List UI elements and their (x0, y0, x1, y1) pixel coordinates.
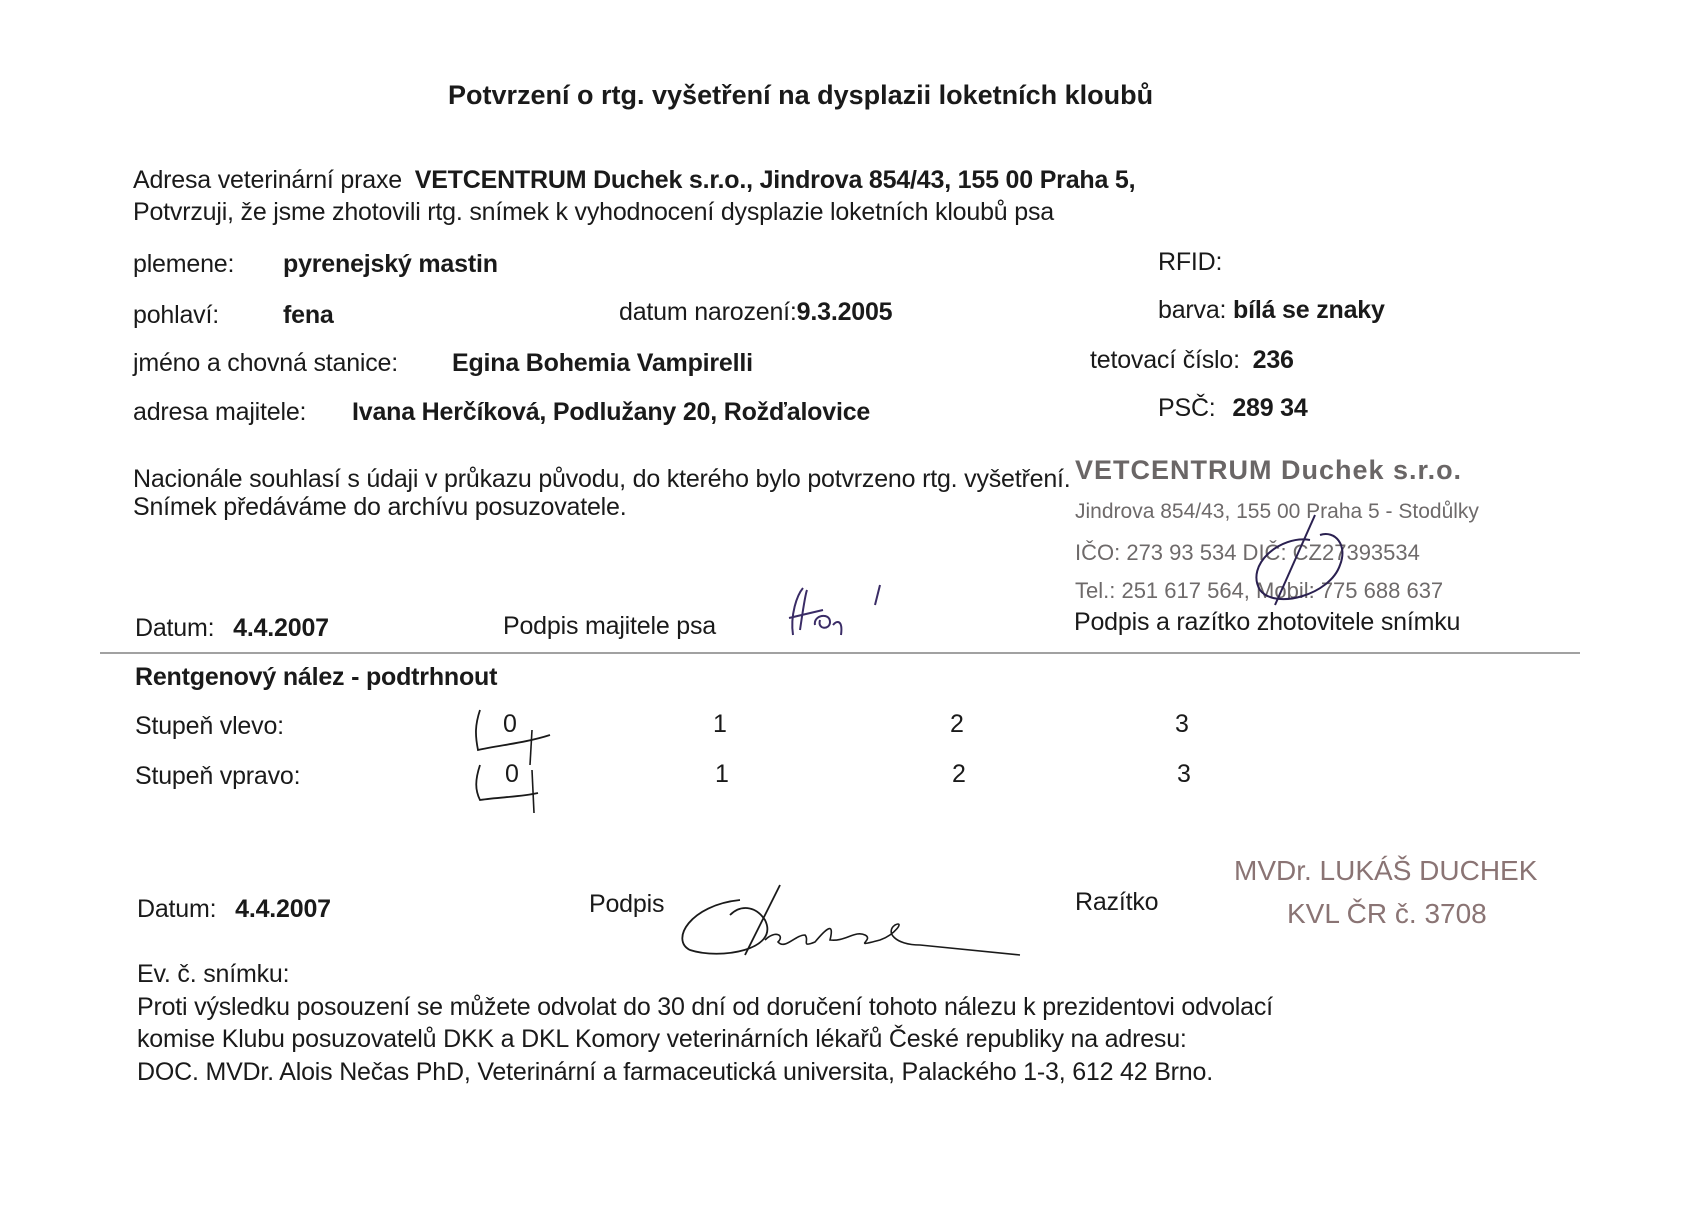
doctor-stamp-line-2: KVL ČR č. 3708 (1287, 898, 1487, 930)
practice-label: Adresa veterinární praxe (133, 166, 402, 194)
color-field: barva: bílá se znaky (1158, 296, 1385, 325)
color-label: barva: (1158, 296, 1226, 324)
findings-heading: Rentgenový nález - podtrhnout (135, 663, 497, 692)
right-grade-label: Stupeň vpravo: (135, 762, 300, 791)
statement-line-1: Nacionále souhlasí s údaji v průkazu pův… (133, 465, 1071, 494)
confirm-text: Potvrzuji, že jsme zhotovili rtg. snímek… (133, 198, 1054, 227)
dob-label: datum narození: (619, 298, 797, 326)
stamp-label: Razítko (1075, 888, 1158, 917)
owner-label: adresa majitele: (133, 398, 306, 427)
right-grade-1[interactable]: 1 (715, 760, 729, 789)
appeal-line-2: komise Klubu posuzovatelů DKK a DKL Komo… (137, 1025, 1187, 1054)
document-title: Potvrzení o rtg. vyšetření na dysplazii … (448, 80, 1153, 111)
left-grade-1[interactable]: 1 (713, 710, 727, 739)
practice-line: Adresa veterinární praxe VETCENTRUM Duch… (133, 166, 1135, 195)
date-1-label: Datum: (135, 614, 214, 642)
left-grade-2[interactable]: 2 (950, 710, 964, 739)
clinic-stamp-name: VETCENTRUM Duchek s.r.o. (1075, 455, 1462, 486)
date-1-value: 4.4.2007 (233, 614, 329, 642)
right-grade-3[interactable]: 3 (1177, 760, 1191, 789)
dob-value: 9.3.2005 (797, 298, 893, 326)
zip-value: 289 34 (1232, 394, 1307, 422)
section-divider (100, 652, 1580, 654)
vet-sign-label: Podpis (589, 890, 664, 919)
tattoo-label: tetovací číslo: (1090, 346, 1240, 374)
left-grade-label: Stupeň vlevo: (135, 712, 284, 741)
appeal-line-3: DOC. MVDr. Alois Nečas PhD, Veterinární … (137, 1058, 1213, 1087)
right-grade-2[interactable]: 2 (952, 760, 966, 789)
date-2-value: 4.4.2007 (235, 895, 331, 923)
owner-sign-label: Podpis majitele psa (503, 612, 716, 641)
tattoo-field: tetovací číslo: 236 (1090, 346, 1294, 375)
tattoo-value: 236 (1253, 346, 1294, 374)
zip-label: PSČ: (1158, 394, 1216, 422)
color-value: bílá se znaky (1233, 296, 1385, 324)
left-grade-3[interactable]: 3 (1175, 710, 1189, 739)
date-1-field: Datum: 4.4.2007 (135, 614, 329, 643)
name-label: jméno a chovná stanice: (133, 349, 398, 378)
name-value: Egina Bohemia Vampirelli (452, 349, 753, 378)
grade-mark-strokes (470, 705, 580, 815)
xray-number-label: Ev. č. snímku: (137, 960, 289, 989)
rfid-label: RFID: (1158, 248, 1222, 277)
maker-sign-label: Podpis a razítko zhotovitele snímku (1074, 608, 1460, 637)
maker-signature (1240, 510, 1360, 610)
breed-label: plemene: (133, 250, 234, 279)
owner-signature (775, 580, 895, 650)
breed-value: pyrenejský mastin (283, 250, 498, 279)
sex-label: pohlaví: (133, 301, 219, 330)
sex-value: fena (283, 301, 334, 330)
vet-signature (670, 880, 1030, 960)
owner-value: Ivana Herčíková, Podlužany 20, Rožďalovi… (352, 398, 870, 427)
date-2-field: Datum: 4.4.2007 (137, 895, 331, 924)
practice-value: VETCENTRUM Duchek s.r.o., Jindrova 854/4… (415, 166, 1136, 194)
dob-field: datum narození:9.3.2005 (619, 298, 892, 327)
appeal-line-1: Proti výsledku posouzení se můžete odvol… (137, 993, 1273, 1022)
doctor-stamp-line-1: MVDr. LUKÁŠ DUCHEK (1234, 855, 1537, 887)
date-2-label: Datum: (137, 895, 216, 923)
statement-line-2: Snímek předáváme do archívu posuzovatele… (133, 493, 626, 522)
zip-field: PSČ: 289 34 (1158, 394, 1308, 423)
